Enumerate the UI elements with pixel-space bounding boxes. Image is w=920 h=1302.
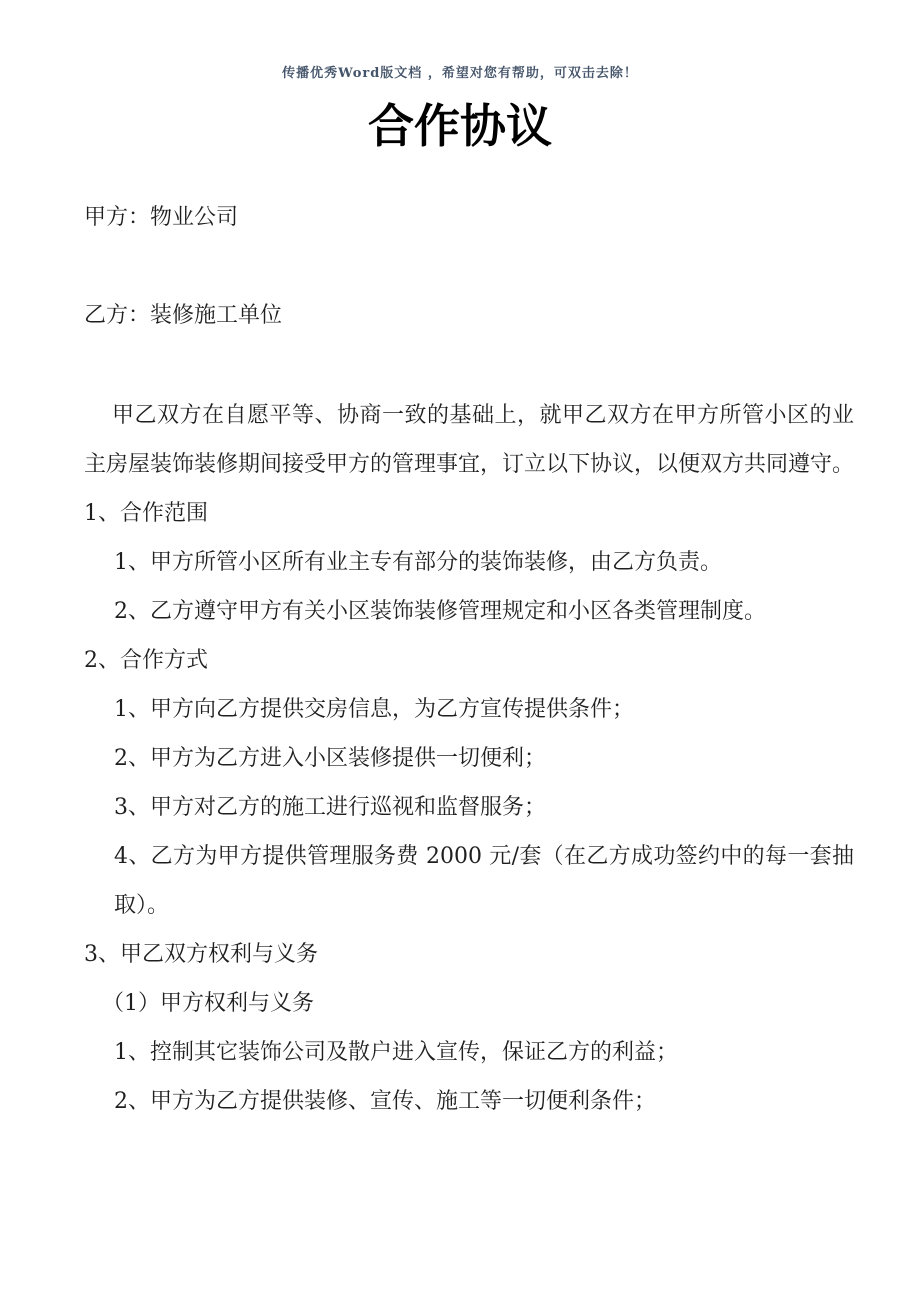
section-1-clause-2: 2、乙方遵守甲方有关小区装饰装修管理规定和小区各类管理制度。 — [84, 587, 854, 636]
section-2-clause-2: 2、甲方为乙方进入小区装修提供一切便利； — [84, 734, 854, 783]
section-3-subheading-1: （1）甲方权利与义务 — [84, 979, 854, 1028]
section-2-clause-3: 3、甲方对乙方的施工进行巡视和监督服务； — [84, 783, 854, 832]
party-b-line: 乙方：装修施工单位 — [84, 291, 854, 340]
section-2-clause-1: 1、甲方向乙方提供交房信息，为乙方宣传提供条件； — [84, 685, 854, 734]
document-title: 合作协议 — [0, 97, 920, 155]
section-1-clause-1: 1、甲方所管小区所有业主专有部分的装饰装修，由乙方负责。 — [84, 538, 854, 587]
section-2-clause-4: 4、乙方为甲方提供管理服务费 2000 元/套（在乙方成功签约中的每一套抽取）。 — [84, 832, 854, 930]
section-3-clause-2: 2、甲方为乙方提供装修、宣传、施工等一切便利条件； — [84, 1077, 854, 1126]
section-1-heading: 1、合作范围 — [84, 489, 854, 538]
section-3-heading: 3、甲乙双方权利与义务 — [84, 930, 854, 979]
intro-paragraph: 甲乙双方在自愿平等、协商一致的基础上，就甲乙双方在甲方所管小区的业主房屋装饰装修… — [84, 391, 854, 489]
document-body: 甲方：物业公司 乙方：装修施工单位 甲乙双方在自愿平等、协商一致的基础上，就甲乙… — [84, 193, 854, 1126]
document-page: 传播优秀Word版文档 ，希望对您有帮助，可双击去除！ 合作协议 甲方：物业公司… — [0, 0, 920, 1302]
section-2-heading: 2、合作方式 — [84, 636, 854, 685]
party-a-line: 甲方：物业公司 — [84, 193, 854, 242]
template-header-note[interactable]: 传播优秀Word版文档 ，希望对您有帮助，可双击去除！ — [0, 0, 920, 81]
section-3-clause-1: 1、控制其它装饰公司及散户进入宣传，保证乙方的利益； — [84, 1028, 854, 1077]
